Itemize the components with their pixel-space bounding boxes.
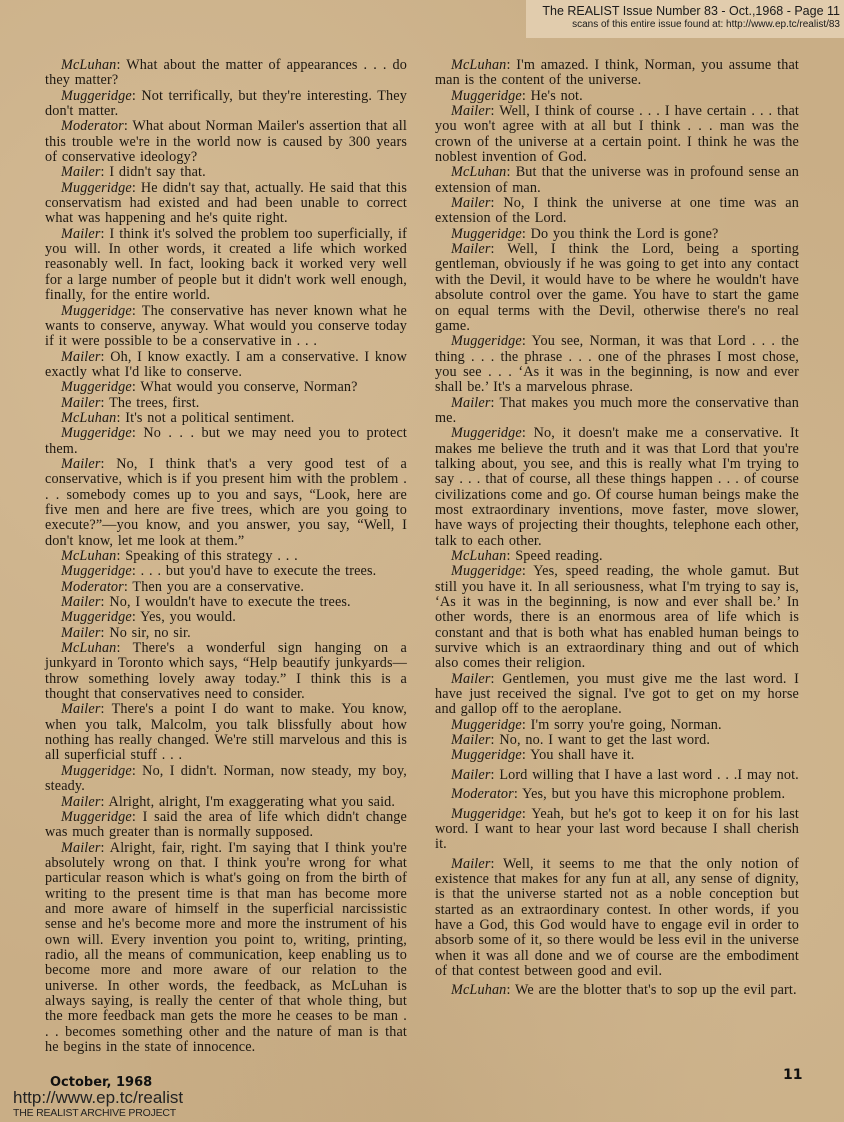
speaker-name: Muggeridge [61,88,132,104]
speaker-name: Mailer [61,701,101,717]
speaker-colon: : [132,88,142,104]
dialogue-paragraph: Muggeridge: He didn't say that, actually… [45,181,407,227]
speaker-colon: : [101,701,112,717]
archive-title: The REALIST Issue Number 83 - Oct.,1968 … [526,0,840,19]
dialogue-paragraph: Muggeridge: I said the area of life whic… [45,810,407,841]
speaker-name: Mailer [451,732,491,748]
speaker-colon: : [132,303,142,319]
speaker-colon: : [522,806,532,822]
speaker-name: Muggeridge [451,333,522,349]
speaker-colon: : [506,548,515,564]
dialogue-text: I didn't say that. [109,164,206,180]
speaker-name: Mailer [61,226,101,242]
speaker-colon: : [132,180,141,196]
dialogue-paragraph: McLuhan: It's not a political sentiment. [45,411,407,426]
speaker-colon: : [491,103,500,119]
speaker-colon: : [116,640,132,656]
dialogue-paragraph: Muggeridge: No, I didn't. Norman, now st… [45,764,407,795]
speaker-name: Moderator [451,786,514,802]
speaker-name: Muggeridge [451,425,522,441]
dialogue-text: Speaking of this strategy . . . [125,548,298,564]
speaker-name: Moderator [61,118,124,134]
dialogue-text: No, I wouldn't have to execute the trees… [109,594,350,610]
dialogue-text: Alright, fair, right. I'm saying that I … [45,840,407,1055]
dialogue-text: It's not a political sentiment. [125,410,294,426]
dialogue-paragraph: Muggeridge: Yes, speed reading, the whol… [435,564,799,671]
speaker-colon: : [132,763,142,779]
dialogue-paragraph: Muggeridge: Yes, you would. [45,610,407,625]
dialogue-paragraph: McLuhan: We are the blotter that's to so… [435,983,799,998]
speaker-colon: : [506,982,515,998]
dialogue-paragraph: Mailer: I think it's solved the problem … [45,227,407,304]
speaker-name: Muggeridge [451,563,522,579]
dialogue-paragraph: Mailer: Lord willing that I have a last … [435,768,799,783]
speaker-name: McLuhan [61,57,116,73]
dialogue-paragraph: Muggeridge: . . . but you'd have to exec… [45,564,407,579]
speaker-name: Mailer [451,241,491,257]
speaker-colon: : [506,164,515,180]
speaker-name: Muggeridge [61,809,132,825]
speaker-colon: : [101,594,110,610]
dialogue-paragraph: Moderator: What about Norman Mailer's as… [45,119,407,165]
speaker-colon: : [132,563,141,579]
dialogue-paragraph: Mailer: No sir, no sir. [45,626,407,641]
archive-header: The REALIST Issue Number 83 - Oct.,1968 … [526,0,844,38]
dialogue-paragraph: Mailer: Well, it seems to me that the on… [435,857,799,980]
dialogue-text: What would you conserve, Norman? [140,379,357,395]
dialogue-paragraph: Mailer: Alright, alright, I'm exaggerati… [45,795,407,810]
speaker-name: Muggeridge [61,303,132,319]
speaker-colon: : [491,767,500,783]
speaker-colon: : [491,671,503,687]
dialogue-text: Yes, you would. [140,609,236,625]
speaker-name: Muggeridge [451,747,522,763]
archive-url-link[interactable]: http://www.ep.tc/realist [13,1088,183,1108]
speaker-name: Mailer [61,625,101,641]
speaker-name: Muggeridge [61,425,132,441]
dialogue-text: Lord willing that I have a last word . .… [499,767,799,783]
speaker-name: Muggeridge [61,379,132,395]
speaker-colon: : [491,241,508,257]
dialogue-paragraph: Muggeridge: Yeah, but he's got to keep i… [435,807,799,853]
speaker-name: McLuhan [451,548,506,564]
speaker-colon: : [101,395,110,411]
dialogue-text: Do you think the Lord is gone? [531,226,719,242]
dialogue-paragraph: Muggeridge: No . . . but we may need you… [45,426,407,457]
speaker-colon: : [522,333,532,349]
page-number: 11 [783,1067,802,1083]
dialogue-paragraph: Mailer: No, I wouldn't have to execute t… [45,595,407,610]
speaker-name: Muggeridge [451,88,522,104]
dialogue-paragraph: Muggeridge: I'm sorry you're going, Norm… [435,718,799,733]
dialogue-text: Then you are a conservative. [132,579,304,595]
speaker-name: McLuhan [61,410,116,426]
dialogue-text: . . . but you'd have to execute the tree… [141,563,377,579]
speaker-name: Mailer [61,164,101,180]
speaker-colon: : [491,856,504,872]
speaker-name: Muggeridge [61,609,132,625]
dialogue-paragraph: Muggeridge: No, it doesn't make me a con… [435,426,799,549]
dialogue-paragraph: Muggeridge: What would you conserve, Nor… [45,380,407,395]
dialogue-paragraph: Muggeridge: Not terrifically, but they'r… [45,89,407,120]
speaker-colon: : [491,395,500,411]
dialogue-text: Yes, but you have this microphone proble… [522,786,785,802]
dialogue-paragraph: Mailer: Well, I think the Lord, being a … [435,242,799,334]
speaker-name: McLuhan [451,57,506,73]
speaker-name: McLuhan [451,164,506,180]
speaker-name: Mailer [61,456,101,472]
dialogue-text: Well, it seems to me that the only notio… [435,856,799,979]
dialogue-paragraph: Moderator: Then you are a conservative. [45,580,407,595]
speaker-colon: : [522,717,531,733]
speaker-name: Mailer [451,395,491,411]
dialogue-text: Speed reading. [515,548,602,564]
speaker-name: Muggeridge [451,717,522,733]
speaker-name: Mailer [451,856,491,872]
dialogue-text: No sir, no sir. [109,625,191,641]
right-column: McLuhan: I'm amazed. I think, Norman, yo… [435,58,799,999]
speaker-name: Muggeridge [61,180,132,196]
dialogue-paragraph: McLuhan: But that the universe was in pr… [435,165,799,196]
dialogue-paragraph: Muggeridge: You shall have it. [435,748,799,763]
speaker-colon: : [491,732,500,748]
dialogue-paragraph: Mailer: Alright, fair, right. I'm saying… [45,841,407,1056]
speaker-name: Muggeridge [61,763,132,779]
speaker-name: Mailer [61,840,101,856]
dialogue-paragraph: McLuhan: Speed reading. [435,549,799,564]
speaker-colon: : [116,57,126,73]
speaker-name: Muggeridge [451,806,522,822]
speaker-name: Muggeridge [61,563,132,579]
dialogue-text: The trees, first. [109,395,199,411]
dialogue-text: We are the blotter that's to sop up the … [515,982,797,998]
speaker-name: Mailer [61,395,101,411]
archive-project-label: THE REALIST ARCHIVE PROJECT [13,1107,176,1119]
speaker-colon: : [491,195,504,211]
speaker-colon: : [522,563,533,579]
speaker-colon: : [522,226,531,242]
speaker-name: McLuhan [61,640,116,656]
dialogue-paragraph: McLuhan: There's a wonderful sign hangin… [45,641,407,702]
dialogue-paragraph: Muggeridge: You see, Norman, it was that… [435,334,799,395]
dialogue-paragraph: Mailer: Gentlemen, you must give me the … [435,672,799,718]
speaker-colon: : [132,425,143,441]
speaker-colon: : [132,809,143,825]
speaker-name: Mailer [451,767,491,783]
dialogue-paragraph: Mailer: That makes you much more the con… [435,396,799,427]
dialogue-text: No, no. I want to get the last word. [499,732,710,748]
dialogue-paragraph: McLuhan: What about the matter of appear… [45,58,407,89]
dialogue-paragraph: Mailer: I didn't say that. [45,165,407,180]
dialogue-paragraph: Muggeridge: The conservative has never k… [45,304,407,350]
speaker-name: Muggeridge [451,226,522,242]
left-column: McLuhan: What about the matter of appear… [45,58,407,1055]
speaker-name: McLuhan [61,548,116,564]
dialogue-paragraph: Muggeridge: He's not. [435,89,799,104]
speaker-colon: : [101,456,117,472]
speaker-colon: : [116,410,125,426]
speaker-name: Moderator [61,579,124,595]
dialogue-paragraph: Mailer: Oh, I know exactly. I am a conse… [45,350,407,381]
speaker-name: Mailer [451,103,491,119]
dialogue-paragraph: Muggeridge: Do you think the Lord is gon… [435,227,799,242]
speaker-name: Mailer [61,349,101,365]
dialogue-paragraph: McLuhan: Speaking of this strategy . . . [45,549,407,564]
dialogue-paragraph: Mailer: The trees, first. [45,396,407,411]
speaker-colon: : [101,840,110,856]
dialogue-text: He's not. [531,88,583,104]
dialogue-paragraph: Mailer: There's a point I do want to mak… [45,702,407,763]
speaker-name: Mailer [61,594,101,610]
dialogue-paragraph: Mailer: Well, I think of course . . . I … [435,104,799,165]
dialogue-text: No, it doesn't make me a conservative. I… [435,425,799,548]
speaker-colon: : [116,548,125,564]
speaker-colon: : [132,609,140,625]
dialogue-text: I'm sorry you're going, Norman. [531,717,722,733]
dialogue-text: You shall have it. [530,747,634,763]
speaker-name: Mailer [61,794,101,810]
dialogue-paragraph: Moderator: Yes, but you have this microp… [435,787,799,802]
dialogue-text: Alright, alright, I'm exaggerating what … [109,794,396,810]
dialogue-paragraph: Mailer: No, no. I want to get the last w… [435,733,799,748]
speaker-colon: : [101,625,110,641]
speaker-colon: : [514,786,522,802]
speaker-colon: : [522,425,534,441]
speaker-colon: : [522,88,531,104]
speaker-name: Mailer [451,671,491,687]
speaker-colon: : [101,794,109,810]
speaker-colon: : [101,164,110,180]
speaker-colon: : [101,349,111,365]
dialogue-paragraph: McLuhan: I'm amazed. I think, Norman, yo… [435,58,799,89]
speaker-name: Mailer [451,195,491,211]
speaker-colon: : [522,747,530,763]
dialogue-paragraph: Mailer: No, I think that's a very good t… [45,457,407,549]
speaker-colon: : [506,57,516,73]
speaker-name: McLuhan [451,982,506,998]
archive-source-link[interactable]: scans of this entire issue found at: htt… [526,19,840,31]
dialogue-text: Yes, speed reading, the whole gamut. But… [435,563,799,671]
dialogue-paragraph: Mailer: No, I think the universe at one … [435,196,799,227]
